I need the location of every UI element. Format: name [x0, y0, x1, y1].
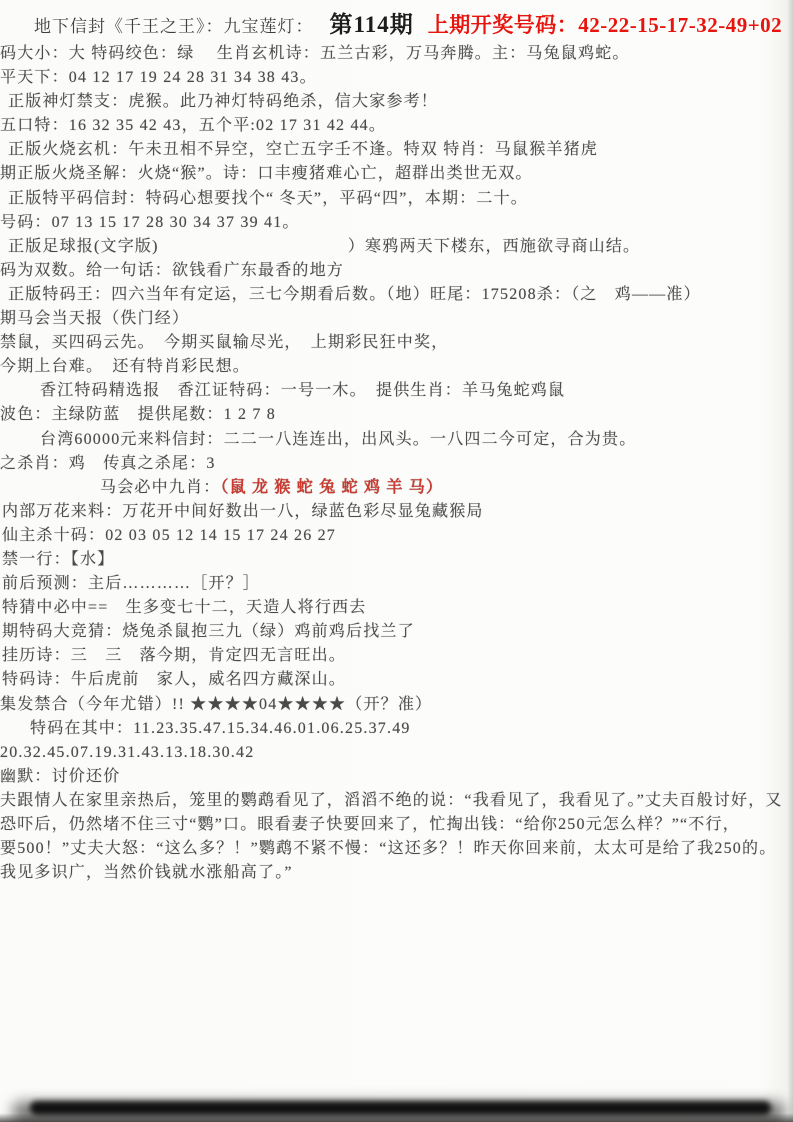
line-text: 波色：主绿防蓝 提供尾数：1 2 7 8	[0, 406, 276, 423]
text-line: 台湾60000元来料信封：二二一八连连出，出风头。一八四二今可定，合为贵。	[0, 428, 793, 452]
text-line: 号码：07 13 15 17 28 30 34 37 39 41。	[0, 211, 793, 235]
line-text: 内部万花来料：万花开中间好数出一八，绿蓝色彩尽显兔藏猴局	[2, 503, 484, 520]
line-text: 正版神灯禁支：虎猴。此乃神灯特码绝杀，信大家参考！	[8, 93, 438, 110]
text-line: 正版足球报(文字版) ）寒鸦两天下楼东，西施欲寻商山结。	[0, 235, 793, 259]
line-text: 马会必中九肖：	[100, 479, 220, 496]
text-line: 期正版火烧圣解：火烧“猴”。诗：口丰瘦猪难心亡，超群出类世无双。	[0, 162, 793, 186]
line-text: 禁一行：【水】	[2, 551, 114, 568]
text-line: 码为双数。给一句话：欲钱看广东最香的地方	[0, 259, 793, 283]
line-text: 码大小：大 特码绞色：绿 生肖玄机诗：五兰古彩，万马奔腾。主：马兔鼠鸡蛇。	[0, 45, 630, 62]
text-line: 20.32.45.07.19.31.43.13.18.30.42	[0, 741, 793, 765]
scan-bottom-fade	[0, 1113, 793, 1122]
line-text: 前后预测：主后…………［开？］	[2, 575, 260, 592]
line-text: 我见多识广，当然价钱就水涨船高了。”	[0, 864, 293, 881]
line-text: 要500！”丈夫大怒：“这么多？！”鹦鹉不紧不慢：“这还多？！昨天你回来前，太太…	[0, 840, 776, 857]
text-line: 波色：主绿防蓝 提供尾数：1 2 7 8	[0, 403, 793, 427]
line-text: 特猜中必中== 生多变七十二，天造人将行西去	[2, 599, 366, 616]
line-text: 20.32.45.07.19.31.43.13.18.30.42	[0, 744, 254, 761]
text-line: 禁一行：【水】	[0, 548, 793, 572]
line-text: 禁鼠，买四码云先。 今期买鼠输尽光， 上期彩民狂中奖，	[0, 334, 448, 351]
text-line: 幽默：讨价还价	[0, 765, 793, 789]
line-text: 台湾60000元来料信封：二二一八连连出，出风头。一八四二今可定，合为贵。	[40, 431, 636, 448]
text-line: 我见多识广，当然价钱就水涨船高了。”	[0, 861, 793, 885]
line-text: 期特码大竞猜：烧兔杀鼠抱三九（绿）鸡前鸡后找兰了	[2, 623, 415, 640]
page-title: 地下信封《千王之王》：九宝莲灯：	[34, 12, 314, 37]
line-text: 之杀肖：鸡 传真之杀尾：3	[0, 455, 216, 472]
text-line: 正版火烧玄机：午未丑相不异空，空亡五字壬不逢。特双 特肖：马鼠猴羊猪虎	[0, 138, 793, 162]
line-text: 码为双数。给一句话：欲钱看广东最香的地方	[0, 262, 344, 279]
line-text: 号码：07 13 15 17 28 30 34 37 39 41。	[0, 214, 300, 231]
text-line: 挂历诗：三 三 落今期，肯定四无言旺出。	[0, 644, 793, 668]
line-text: 特码诗：牛后虎前 家人，威名四方藏深山。	[2, 671, 346, 688]
line-text: 五口特：16 32 35 42 43，五个平:02 17 31 42 44。	[0, 117, 386, 134]
page-header: 地下信封《千王之王》：九宝莲灯： 第114期 上期开奖号码：42-22-15-1…	[0, 6, 793, 40]
page-text: 地下信封《千王之王》：九宝莲灯： 第114期 上期开奖号码：42-22-15-1…	[0, 6, 793, 885]
text-line: 内部万花来料：万花开中间好数出一八，绿蓝色彩尽显兔藏猴局	[0, 500, 793, 524]
text-line: 期特码大竞猜：烧兔杀鼠抱三九（绿）鸡前鸡后找兰了	[0, 620, 793, 644]
text-line: 马会必中九肖：（鼠 龙 猴 蛇 兔 蛇 鸡 羊 马）	[0, 476, 793, 500]
highlighted-red-text: （鼠 龙 猴 蛇 兔 蛇 鸡 羊 马）	[220, 479, 443, 496]
text-line: 正版特平码信封：特码心想要找个“ 冬天”，平码“四”，本期：二十。	[0, 187, 793, 211]
text-line: 恐吓后，仍然堵不住三寸“鹦”口。眼看妻子快要回来了，忙掏出钱：“给你250元怎么…	[0, 813, 793, 837]
scanned-page: 地下信封《千王之王》：九宝莲灯： 第114期 上期开奖号码：42-22-15-1…	[0, 0, 793, 1122]
scan-right-edge	[787, 0, 793, 1122]
line-text: 平天下：04 12 17 19 24 28 31 34 38 43。	[0, 69, 317, 86]
line-text: 夫跟情人在家里亲热后，笼里的鹦鹉看见了，滔滔不绝的说：“我看见了，我看见了。”丈…	[0, 792, 783, 809]
line-text: 正版火烧玄机：午未丑相不异空，空亡五字壬不逢。特双 特肖：马鼠猴羊猪虎	[8, 141, 598, 158]
text-line: 特码诗：牛后虎前 家人，威名四方藏深山。	[0, 668, 793, 692]
text-line: 码大小：大 特码绞色：绿 生肖玄机诗：五兰古彩，万马奔腾。主：马兔鼠鸡蛇。	[0, 42, 793, 66]
text-line: 特码在其中：11.23.35.47.15.34.46.01.06.25.37.4…	[0, 717, 793, 741]
line-text: 恐吓后，仍然堵不住三寸“鹦”口。眼看妻子快要回来了，忙掏出钱：“给你250元怎么…	[0, 816, 740, 833]
line-text: 香江特码精选报 香江证特码：一号一木。 提供生肖：羊马兔蛇鸡鼠	[40, 382, 565, 399]
line-text: 期正版火烧圣解：火烧“猴”。诗：口丰瘦猪难心亡，超群出类世无双。	[0, 165, 533, 182]
line-text: 期马会当天报（佚门经）	[0, 310, 189, 327]
text-line: 今期上台难。 还有特肖彩民想。	[0, 355, 793, 379]
line-text: 集发禁合（今年尤错）!! ★★★★04★★★★（开？准）	[0, 696, 432, 713]
text-line: 夫跟情人在家里亲热后，笼里的鹦鹉看见了，滔滔不绝的说：“我看见了，我看见了。”丈…	[0, 789, 793, 813]
text-line: 香江特码精选报 香江证特码：一号一木。 提供生肖：羊马兔蛇鸡鼠	[0, 379, 793, 403]
text-line: 禁鼠，买四码云先。 今期买鼠输尽光， 上期彩民狂中奖，	[0, 331, 793, 355]
text-line: 之杀肖：鸡 传真之杀尾：3	[0, 452, 793, 476]
text-line: 集发禁合（今年尤错）!! ★★★★04★★★★（开？准）	[0, 693, 793, 717]
text-line: 平天下：04 12 17 19 24 28 31 34 38 43。	[0, 66, 793, 90]
line-text: 今期上台难。 还有特肖彩民想。	[0, 358, 250, 375]
text-line: 特猜中必中== 生多变七十二，天造人将行西去	[0, 596, 793, 620]
text-line: 前后预测：主后…………［开？］	[0, 572, 793, 596]
line-text: 正版足球报(文字版) ）寒鸦两天下楼东，西施欲寻商山结。	[8, 238, 640, 255]
text-line: 仙主杀十码：02 03 05 12 14 15 17 24 26 27	[0, 524, 793, 548]
text-line: 五口特：16 32 35 42 43，五个平:02 17 31 42 44。	[0, 114, 793, 138]
body-lines: 码大小：大 特码绞色：绿 生肖玄机诗：五兰古彩，万马奔腾。主：马兔鼠鸡蛇。平天下…	[0, 42, 793, 885]
line-text: 特码在其中：11.23.35.47.15.34.46.01.06.25.37.4…	[30, 720, 411, 737]
text-line: 要500！”丈夫大怒：“这么多？！”鹦鹉不紧不慢：“这还多？！昨天你回来前，太太…	[0, 837, 793, 861]
line-text: 挂历诗：三 三 落今期，肯定四无言旺出。	[2, 647, 346, 664]
text-line: 期马会当天报（佚门经）	[0, 307, 793, 331]
line-text: 幽默：讨价还价	[0, 768, 120, 785]
text-line: 正版特码王：四六当年有定运，三七今期看后数。（地）旺尾：175208杀：（之 鸡…	[0, 283, 793, 307]
line-text: 仙主杀十码：02 03 05 12 14 15 17 24 26 27	[2, 527, 336, 544]
line-text: 正版特平码信封：特码心想要找个“ 冬天”，平码“四”，本期：二十。	[8, 190, 528, 207]
line-text: 正版特码王：四六当年有定运，三七今期看后数。（地）旺尾：175208杀：（之 鸡…	[8, 286, 701, 303]
text-line: 正版神灯禁支：虎猴。此乃神灯特码绝杀，信大家参考！	[0, 90, 793, 114]
last-draw-numbers: 上期开奖号码：42-22-15-17-32-49+02	[428, 9, 782, 39]
issue-number: 第114期	[330, 6, 414, 39]
